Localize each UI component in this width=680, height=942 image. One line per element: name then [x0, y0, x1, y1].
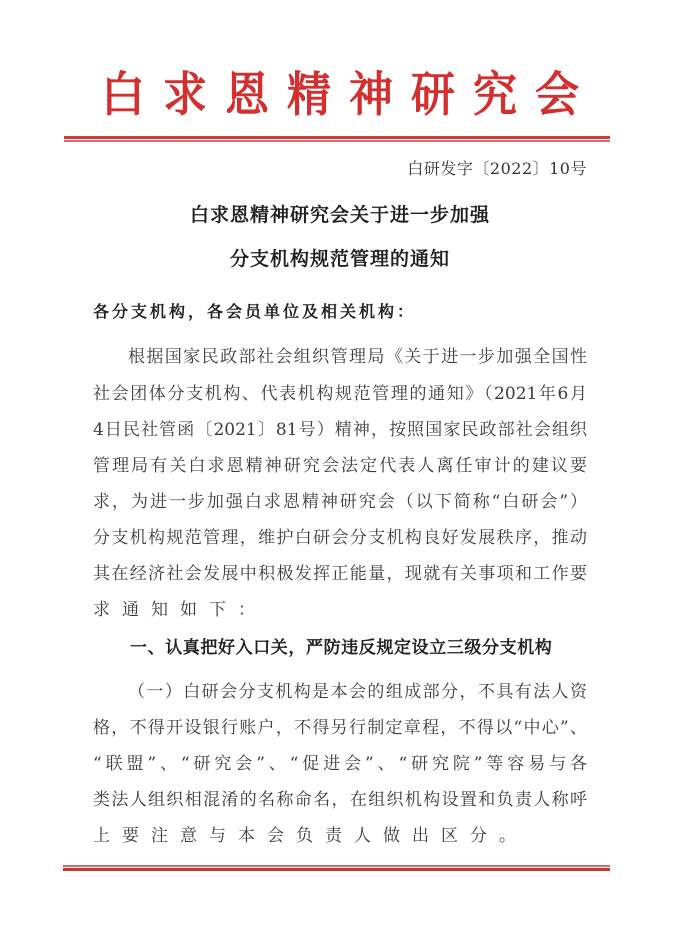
divider-thin-line	[64, 140, 610, 142]
document-title-line-1: 白求恩精神研究会关于进一步加强	[0, 200, 680, 227]
organization-name: 白求恩精神研究会	[83, 64, 597, 129]
body-line: （一）白研会分支机构是本会的组成部分，不具有法人资	[128, 680, 587, 704]
document-title-line-2: 分支机构规范管理的通知	[0, 244, 680, 271]
footer-divider	[63, 865, 610, 871]
salutation: 各分支机构，各会员单位及相关机构：	[93, 299, 416, 322]
document-number: 白研发字〔2022〕10号	[407, 158, 587, 180]
body-line: 分支机构规范管理，维护白研会分支机构良好发展秩序，推动	[93, 526, 587, 550]
body-line: 管理局有关白求恩精神研究会法定代表人离任审计的建议要	[93, 454, 587, 478]
divider-thin-line	[63, 865, 610, 867]
divider-thick-line	[64, 136, 610, 139]
body-line: 求，为进一步加强白求恩精神研究会（以下简称“白研会”）	[93, 490, 587, 514]
body-line: 其在经济社会发展中积极发挥正能量，现就有关事项和工作要	[93, 562, 587, 586]
body-line: 根据国家民政部社会组织管理局《关于进一步加强全国性	[128, 345, 587, 369]
body-line: 求通知如下：	[93, 598, 587, 622]
divider-thick-line	[63, 868, 610, 871]
body-line: 4日民社管函〔2021〕81号）精神，按照国家民政部社会组织	[93, 418, 587, 442]
masthead-divider	[64, 136, 610, 142]
body-line: 社会团体分支机构、代表机构规范管理的通知》（2021年6月	[93, 382, 587, 406]
body-line: 上要注意与本会负责人做出区分。	[93, 824, 587, 848]
masthead: 白求恩精神研究会	[0, 66, 680, 126]
body-line: “联盟”、“研究会”、“促进会”、“研究院”等容易与各	[93, 752, 587, 776]
body-line: 类法人组织相混淆的名称命名，在组织机构设置和负责人称呼	[93, 788, 587, 812]
section-1-heading: 一、认真把好入口关，严防违反规定设立三级分支机构	[130, 636, 552, 660]
body-line: 格，不得开设银行账户，不得另行制定章程，不得以“中心”、	[93, 716, 587, 740]
